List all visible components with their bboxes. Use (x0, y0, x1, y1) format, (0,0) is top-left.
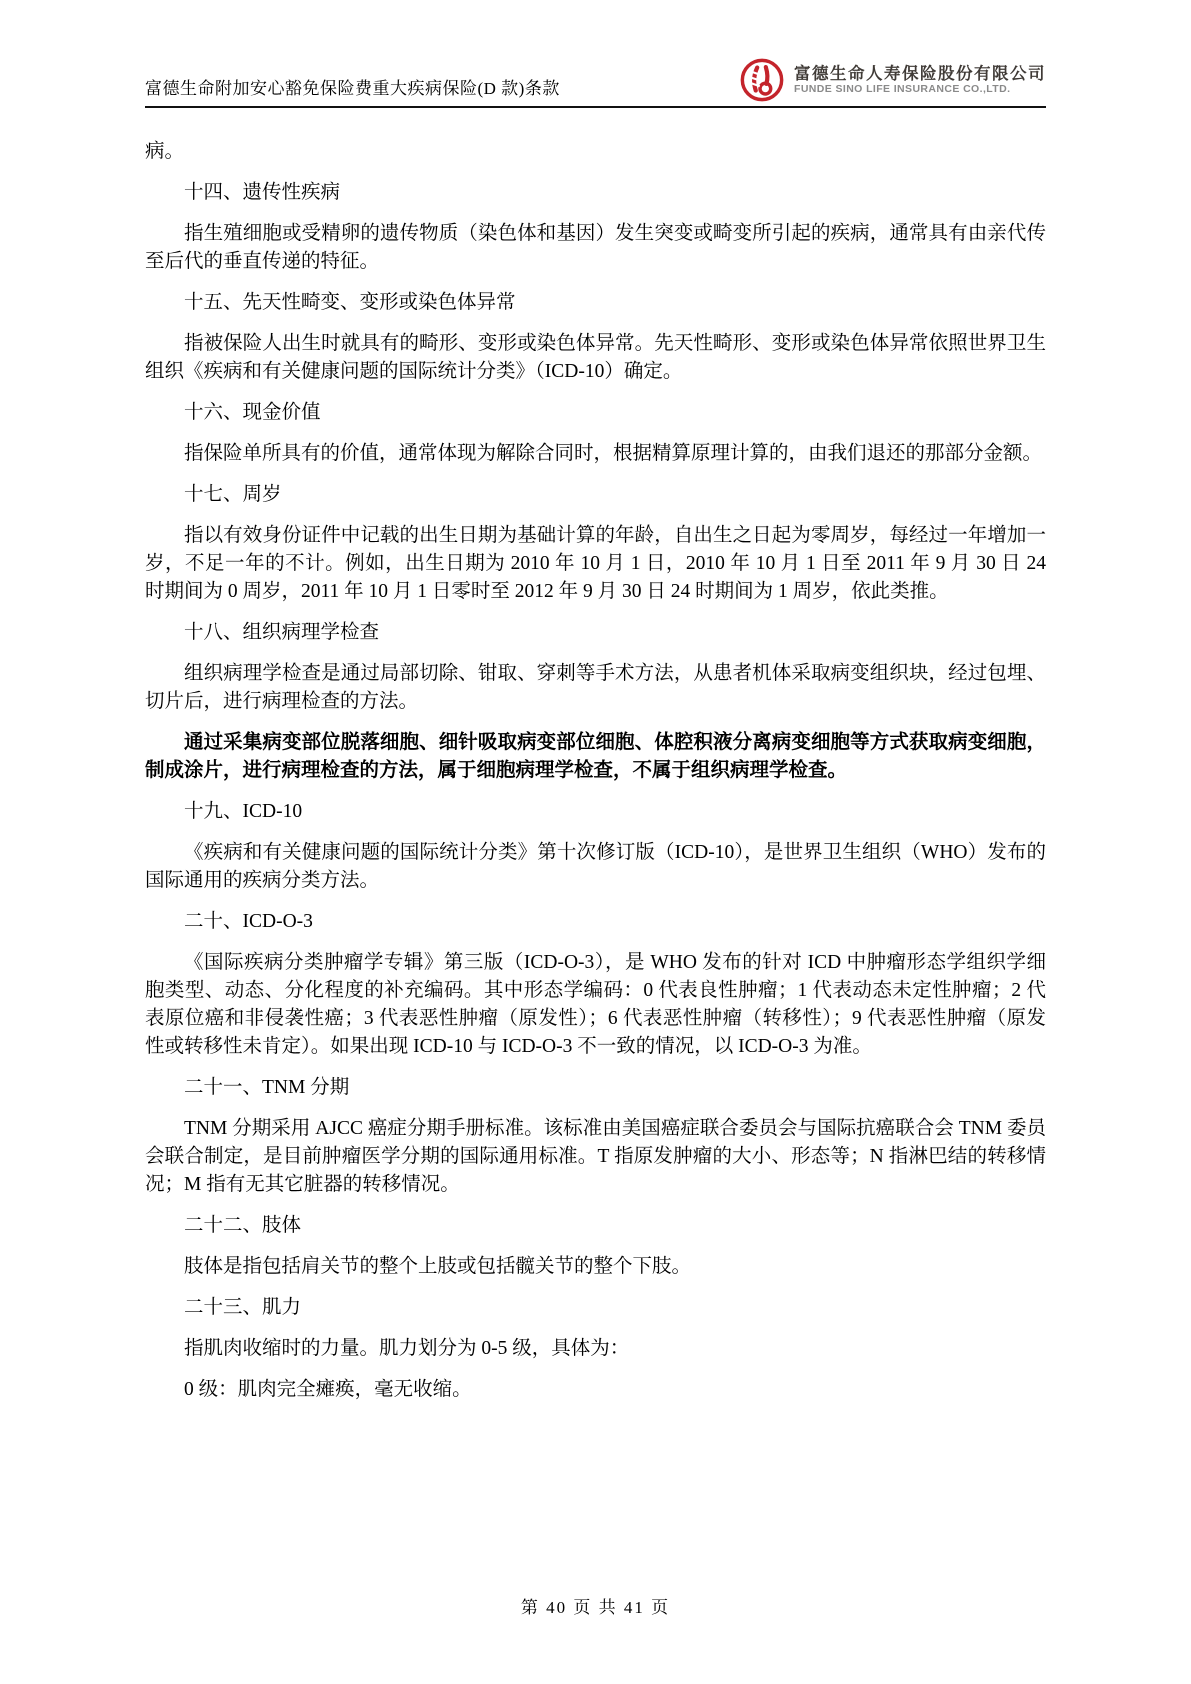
paragraph: 肢体是指包括肩关节的整个上肢或包括髋关节的整个下肢。 (145, 1253, 1046, 1281)
section-heading: 十四、遗传性疾病 (145, 179, 1046, 207)
paragraph: 病。 (145, 138, 1046, 166)
company-logo-icon (739, 57, 785, 103)
section-heading: 二十一、TNM 分期 (145, 1074, 1046, 1102)
paragraph: 《疾病和有关健康问题的国际统计分类》第十次修订版（ICD-10），是世界卫生组织… (145, 839, 1046, 895)
page-number: 第 40 页 共 41 页 (521, 1598, 670, 1617)
section-heading: 二十二、肢体 (145, 1212, 1046, 1240)
section-heading: 二十、ICD-O-3 (145, 908, 1046, 936)
document-page: 富德生命附加安心豁免保险费重大疾病保险(D 款)条款 (0, 0, 1191, 1684)
page-footer: 第 40 页 共 41 页 (0, 1593, 1191, 1618)
company-name-en: FUNDE SINO LIFE INSURANCE CO.,LTD. (794, 84, 1046, 95)
section-heading: 十九、ICD-10 (145, 798, 1046, 826)
company-name: 富德生命人寿保险股份有限公司 FUNDE SINO LIFE INSURANCE… (794, 65, 1046, 95)
paragraph: 0 级：肌肉完全瘫痪，毫无收缩。 (145, 1376, 1046, 1404)
paragraph-emphasis: 通过采集病变部位脱落细胞、细针吸取病变部位细胞、体腔积液分离病变细胞等方式获取病… (145, 729, 1046, 785)
doc-title: 富德生命附加安心豁免保险费重大疾病保险(D 款)条款 (145, 74, 560, 106)
section-heading: 二十三、肌力 (145, 1294, 1046, 1322)
paragraph: 指被保险人出生时就具有的畸形、变形或染色体异常。先天性畸形、变形或染色体异常依照… (145, 330, 1046, 386)
paragraph: 指以有效身份证件中记载的出生日期为基础计算的年龄，自出生之日起为零周岁，每经过一… (145, 522, 1046, 606)
company-brand: 富德生命人寿保险股份有限公司 FUNDE SINO LIFE INSURANCE… (739, 57, 1046, 106)
section-heading: 十七、周岁 (145, 481, 1046, 509)
section-heading: 十八、组织病理学检查 (145, 619, 1046, 647)
paragraph: 指生殖细胞或受精卵的遗传物质（染色体和基因）发生突变或畸变所引起的疾病，通常具有… (145, 220, 1046, 276)
paragraph: 《国际疾病分类肿瘤学专辑》第三版（ICD-O-3），是 WHO 发布的针对 IC… (145, 949, 1046, 1061)
paragraph: TNM 分期采用 AJCC 癌症分期手册标准。该标准由美国癌症联合委员会与国际抗… (145, 1115, 1046, 1199)
paragraph: 指保险单所具有的价值，通常体现为解除合同时，根据精算原理计算的，由我们退还的那部… (145, 440, 1046, 468)
paragraph: 组织病理学检查是通过局部切除、钳取、穿刺等手术方法，从患者机体采取病变组织块，经… (145, 660, 1046, 716)
company-name-cn: 富德生命人寿保险股份有限公司 (794, 65, 1046, 82)
paragraph: 指肌肉收缩时的力量。肌力划分为 0-5 级，具体为： (145, 1335, 1046, 1363)
section-heading: 十五、先天性畸变、变形或染色体异常 (145, 289, 1046, 317)
section-heading: 十六、现金价值 (145, 399, 1046, 427)
page-header: 富德生命附加安心豁免保险费重大疾病保险(D 款)条款 (145, 0, 1046, 108)
document-body: 病。 十四、遗传性疾病 指生殖细胞或受精卵的遗传物质（染色体和基因）发生突变或畸… (145, 138, 1046, 1404)
